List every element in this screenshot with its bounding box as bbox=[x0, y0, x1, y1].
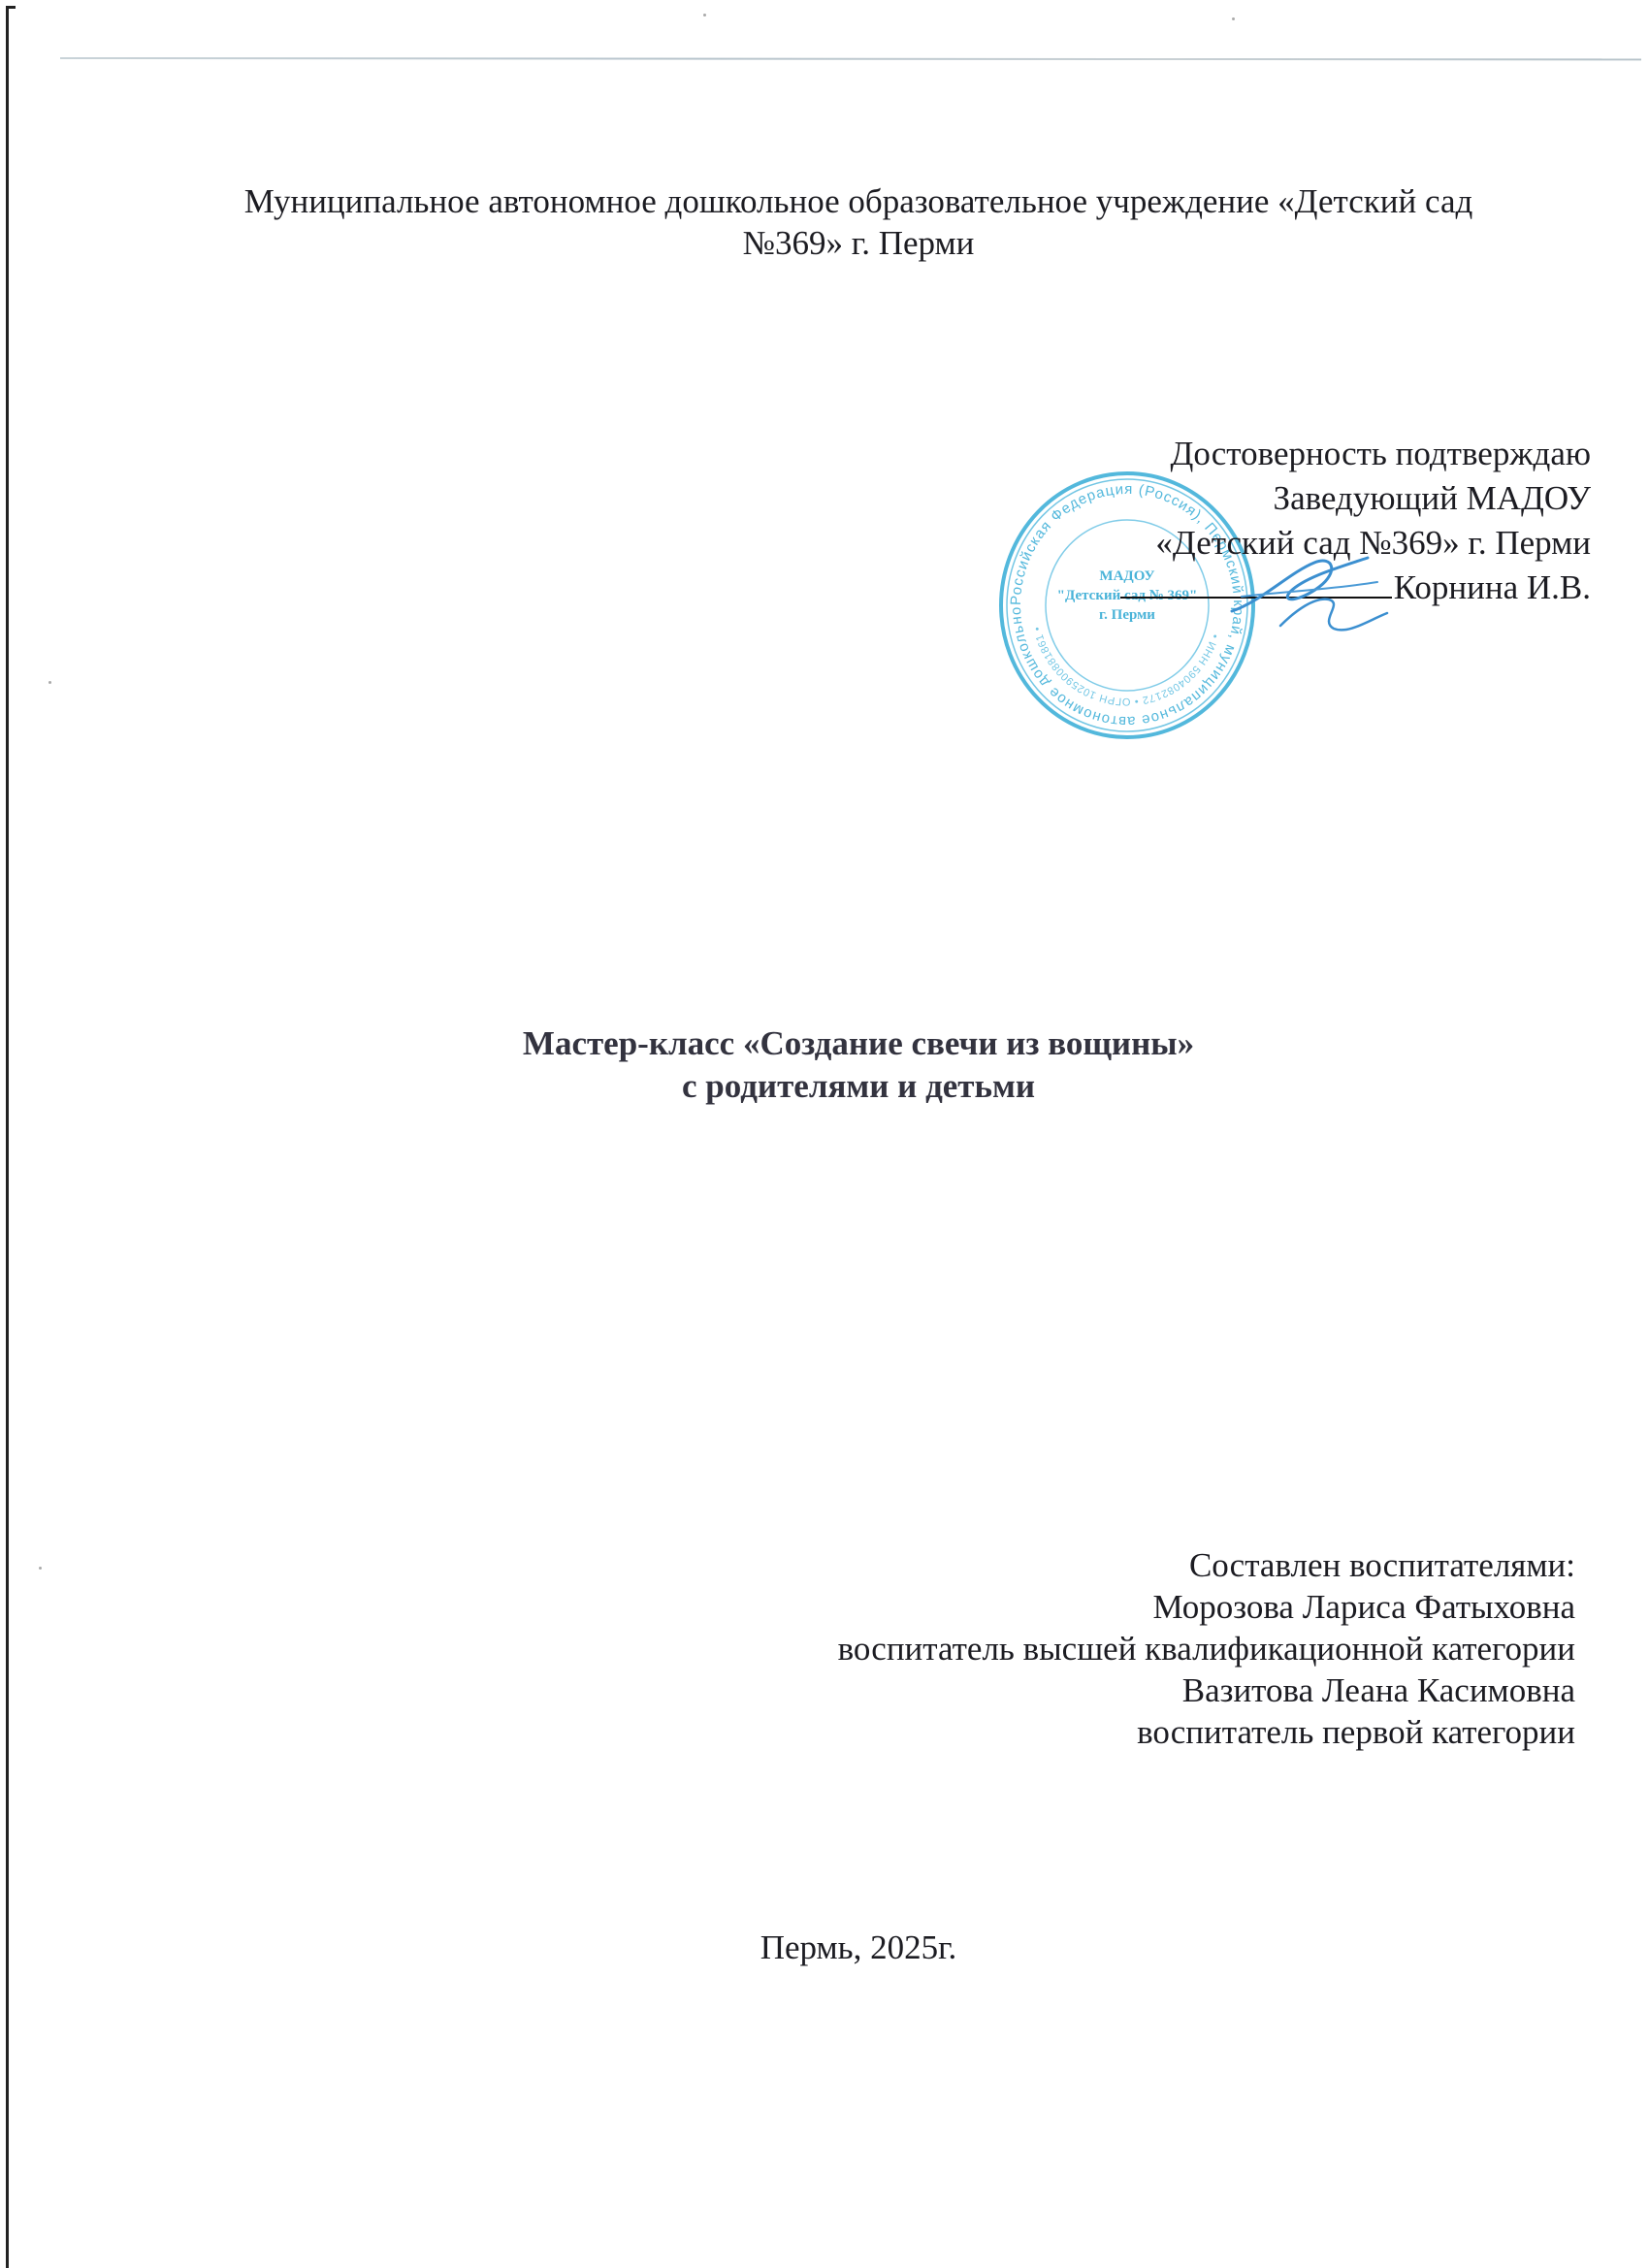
scan-top-line bbox=[60, 57, 1641, 60]
document-title: Мастер-класс «Создание свечи из вощины» … bbox=[0, 1022, 1649, 1108]
approval-line-2: Заведующий МАДОУ bbox=[912, 476, 1591, 521]
organization-header-line-1: Муниципальное автономное дошкольное обра… bbox=[0, 180, 1649, 222]
signatory-name: Корнина И.В. bbox=[1394, 568, 1591, 606]
scan-speck bbox=[1232, 17, 1235, 20]
place-and-year: Пермь, 2025г. bbox=[0, 1927, 1649, 1968]
handwritten-signature-icon bbox=[1222, 543, 1397, 650]
organization-header: Муниципальное автономное дошкольное обра… bbox=[0, 180, 1649, 264]
scan-speck bbox=[703, 14, 706, 16]
author-name: Вазитова Леана Касимовна bbox=[702, 1669, 1575, 1711]
authors-heading: Составлен воспитателями: bbox=[702, 1544, 1575, 1586]
author-role: воспитатель высшей квалификационной кате… bbox=[702, 1628, 1575, 1669]
scan-speck bbox=[39, 1567, 42, 1570]
title-line-2: с родителями и детьми bbox=[0, 1065, 1649, 1108]
scan-corner-mark bbox=[6, 6, 16, 9]
author-role: воспитатель первой категории bbox=[702, 1711, 1575, 1753]
authors-block: Составлен воспитателями: Морозова Лариса… bbox=[702, 1544, 1575, 1753]
author-name: Морозова Лариса Фатыховна bbox=[702, 1586, 1575, 1628]
title-line-1: Мастер-класс «Создание свечи из вощины» bbox=[0, 1022, 1649, 1065]
scan-speck bbox=[48, 681, 51, 684]
approval-line-1: Достоверность подтверждаю bbox=[912, 432, 1591, 476]
organization-header-line-2: №369» г. Перми bbox=[0, 222, 1649, 264]
